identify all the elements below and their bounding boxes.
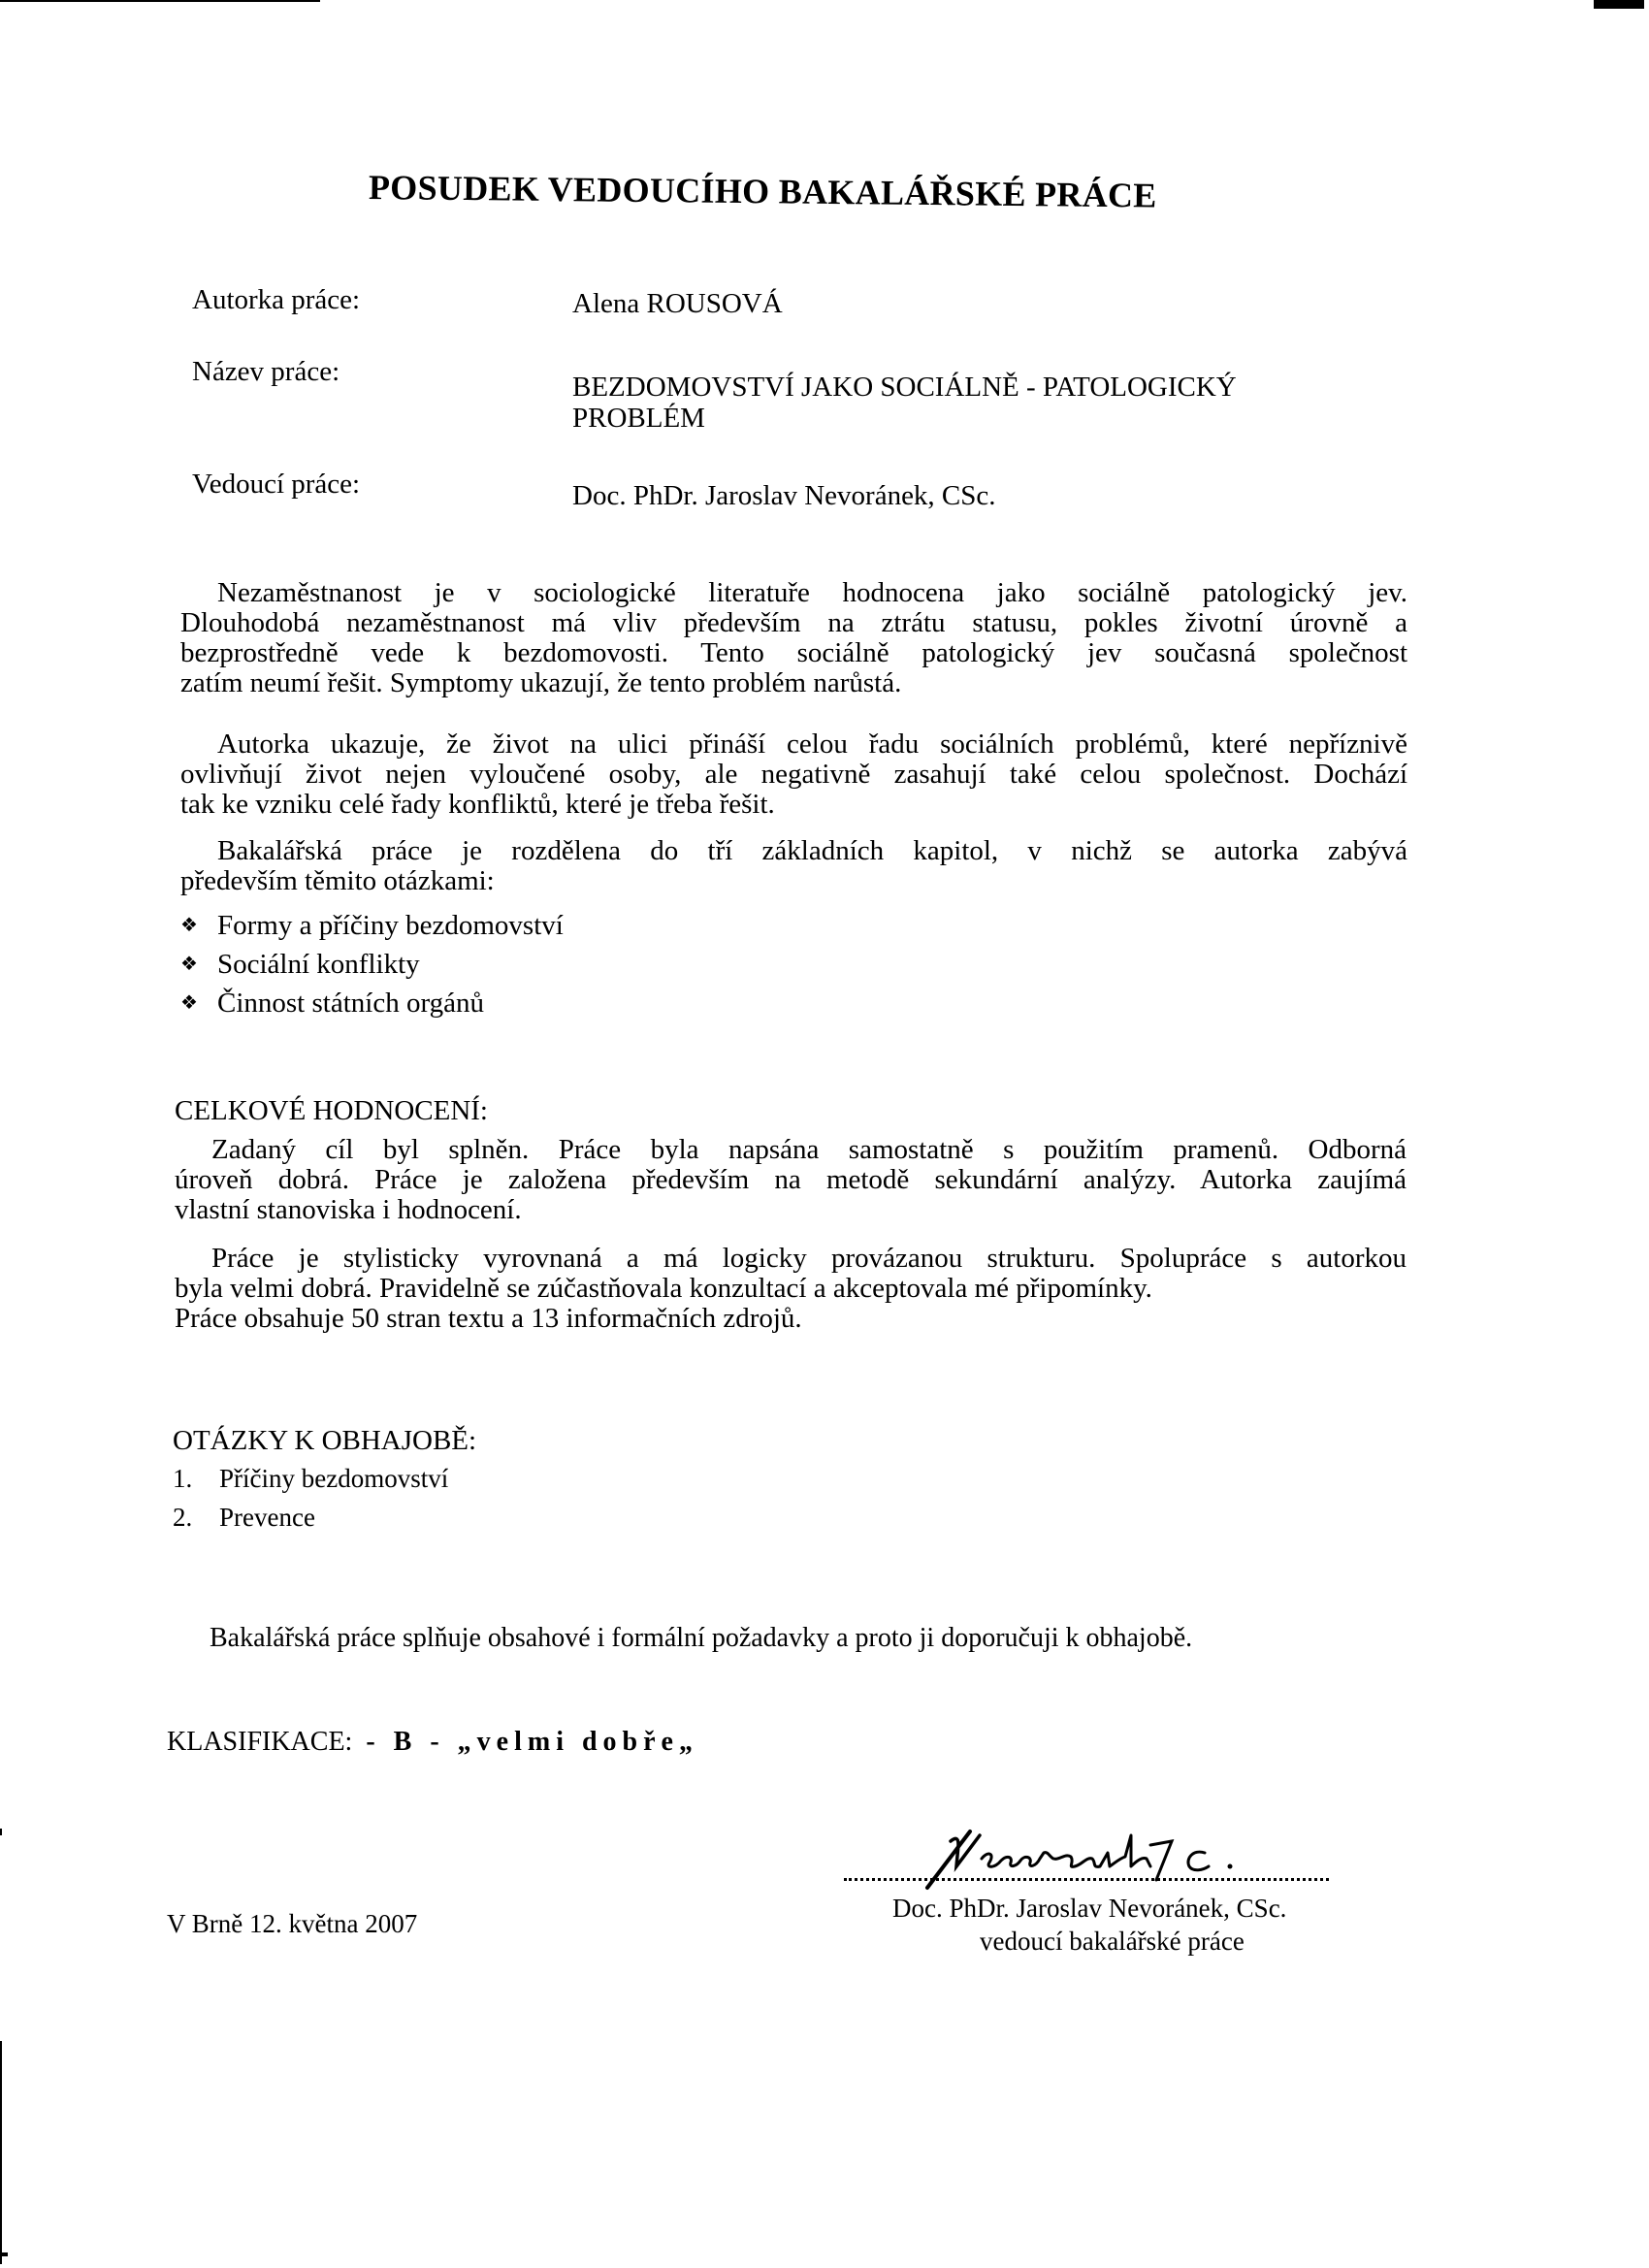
evaluation-heading: CELKOVÉ HODNOCENÍ: bbox=[175, 1094, 488, 1127]
text-line: Práce je stylisticky vyrovnaná a má logi… bbox=[175, 1244, 1406, 1274]
text-line: Bakalářská práce je rozdělena do tří zák… bbox=[180, 836, 1407, 866]
question-text: Prevence bbox=[219, 1503, 315, 1532]
scan-artifact-top-right-mark bbox=[1594, 0, 1644, 9]
text-line: Práce obsahuje 50 stran textu a 13 infor… bbox=[175, 1304, 1406, 1334]
scan-artifact-left-tick bbox=[0, 1829, 2, 1835]
question-number: 2. bbox=[173, 1502, 219, 1533]
signer-name: Doc. PhDr. Jaroslav Nevoránek, CSc. bbox=[892, 1894, 1286, 1924]
text-line: Nezaměstnanost je v sociologické literat… bbox=[180, 578, 1407, 608]
handwritten-signature-icon bbox=[844, 1824, 1348, 1892]
scan-artifact-left-edge bbox=[0, 2041, 2, 2264]
bullet-text: Formy a příčiny bezdomovství bbox=[217, 910, 564, 941]
question-item: 2.Prevence bbox=[173, 1502, 315, 1533]
signer-role: vedoucí bakalářské práce bbox=[980, 1927, 1245, 1957]
bullet-text: Činnost státních orgánů bbox=[217, 988, 484, 1019]
intro-paragraph-2: Autorka ukazuje, že život na ulici přiná… bbox=[180, 729, 1407, 820]
text-line: zatím neumí řešit. Symptomy ukazují, že … bbox=[180, 668, 1407, 698]
signature-block: Doc. PhDr. Jaroslav Nevoránek, CSc. vedo… bbox=[844, 1824, 1387, 1979]
author-label: Autorka práce: bbox=[192, 283, 360, 316]
diamond-bullet-icon: ❖ bbox=[180, 986, 217, 1019]
evaluation-paragraph-1: Zadaný cíl byl splněn. Práce byla napsán… bbox=[175, 1135, 1406, 1225]
question-number: 1. bbox=[173, 1463, 219, 1494]
document-title: POSUDEK VEDOUCÍHO BAKALÁŘSKÉ PRÁCE bbox=[369, 167, 1157, 216]
thesis-title-value-line2: PROBLÉM bbox=[572, 402, 705, 435]
author-value: Alena ROUSOVÁ bbox=[572, 287, 783, 320]
evaluation-paragraph-2: Práce je stylisticky vyrovnaná a má logi… bbox=[175, 1244, 1406, 1334]
classification: KLASIFIKACE:- B - „velmi dobře„ bbox=[167, 1727, 698, 1758]
defense-questions-heading: OTÁZKY K OBHAJOBĚ: bbox=[173, 1424, 476, 1457]
thesis-title-value-line1: BEZDOMOVSTVÍ JAKO SOCIÁLNĚ - PATOLOGICKÝ bbox=[572, 371, 1237, 404]
text-line: tak ke vzniku celé řady konfliktů, které… bbox=[180, 790, 1407, 820]
text-line: úroveň dobrá. Práce je založena předevší… bbox=[175, 1165, 1406, 1195]
supervisor-label: Vedoucí práce: bbox=[192, 468, 360, 501]
signature-line bbox=[844, 1878, 1329, 1881]
intro-paragraph-1: Nezaměstnanost je v sociologické literat… bbox=[180, 578, 1407, 698]
text-line: byla velmi dobrá. Pravidelně se zúčastňo… bbox=[175, 1274, 1406, 1304]
text-line: Dlouhodobá nezaměstnanost má vliv předev… bbox=[180, 608, 1407, 638]
recommendation-text: Bakalářská práce splňuje obsahové i form… bbox=[210, 1622, 1192, 1655]
text-line: vlastní stanoviska i hodnocení. bbox=[175, 1195, 1406, 1225]
intro-paragraph-3: Bakalářská práce je rozdělena do tří zák… bbox=[180, 836, 1407, 896]
diamond-bullet-icon: ❖ bbox=[180, 908, 217, 941]
question-item: 1.Příčiny bezdomovství bbox=[173, 1463, 448, 1494]
classification-label: KLASIFIKACE: bbox=[167, 1727, 352, 1757]
bullet-item: ❖Činnost státních orgánů bbox=[180, 986, 484, 1020]
document-page: POSUDEK VEDOUCÍHO BAKALÁŘSKÉ PRÁCE Autor… bbox=[0, 0, 1649, 2268]
bullet-item: ❖Sociální konflikty bbox=[180, 947, 420, 981]
place-date: V Brně 12. května 2007 bbox=[167, 1909, 417, 1939]
text-line: především těmito otázkami: bbox=[180, 866, 1407, 896]
thesis-title-label: Název práce: bbox=[192, 355, 339, 388]
text-line: Zadaný cíl byl splněn. Práce byla napsán… bbox=[175, 1135, 1406, 1165]
diamond-bullet-icon: ❖ bbox=[180, 947, 217, 980]
scan-artifact-left-foot bbox=[0, 2252, 8, 2256]
bullet-item: ❖Formy a příčiny bezdomovství bbox=[180, 908, 564, 942]
text-line: ovlivňují život nejen vyloučené osoby, a… bbox=[180, 760, 1407, 790]
question-text: Příčiny bezdomovství bbox=[219, 1464, 448, 1493]
text-line: Autorka ukazuje, že život na ulici přiná… bbox=[180, 729, 1407, 760]
text-line: bezprostředně vede k bezdomovosti. Tento… bbox=[180, 638, 1407, 668]
supervisor-value: Doc. PhDr. Jaroslav Nevoránek, CSc. bbox=[572, 479, 996, 512]
scan-artifact-top-line bbox=[97, 0, 320, 1]
bullet-text: Sociální konflikty bbox=[217, 949, 420, 980]
classification-grade: - B - „velmi dobře„ bbox=[366, 1727, 698, 1757]
